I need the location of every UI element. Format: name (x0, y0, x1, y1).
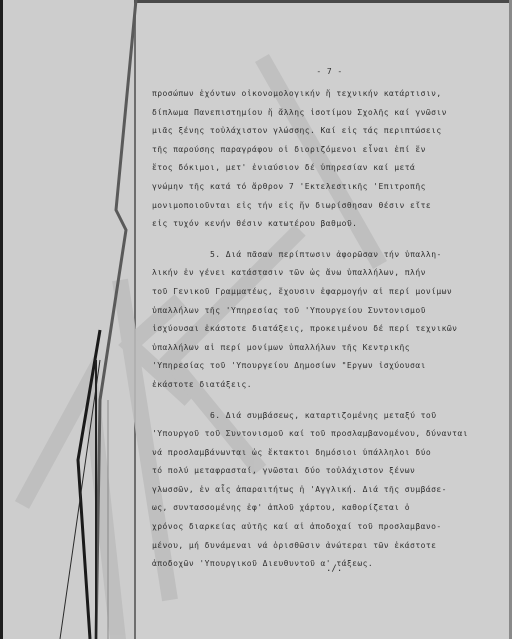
text-line: ὑπαλλήλων τῆς 'Υπηρεσίας τοῦ 'Υπουργείου… (152, 302, 497, 321)
text-line: 5. Διά πᾶσαν περίπτωσιν ἀφορῶσαν τήν ὑπα… (152, 246, 497, 265)
continuation-mark: ./. (326, 564, 342, 574)
text-line: 'Υπουργοῦ τοῦ Συντονισμοῦ καί τοῦ προσλα… (152, 425, 497, 444)
text-line: νά προσλαμβάνωνται ὡς ἔκτακτοι δημόσιοι … (152, 444, 497, 463)
text-line: τῆς παρούσης παραγράφου οἱ διοριζόμενοι … (152, 141, 497, 160)
paragraph-6: 6. Διά συμβάσεως, καταρτιζομένης μεταξύ … (152, 407, 497, 574)
text-line: τοῦ Γενικοῦ Γραμματέως, ἔχουσιν ἐφαρμογή… (152, 283, 497, 302)
paragraph-4-continuation: προσώπων ἐχόντων οἰκονομολογικήν ἤ τεχνι… (152, 85, 497, 234)
text-line: μιᾶς ξένης τοὐλάχιστον γλώσσης. Καί εἰς … (152, 122, 497, 141)
text-line: δίπλωμα Πανεπιστημίου ἤ ἄλλης ἰσοτίμου Σ… (152, 104, 497, 123)
text-line: χρόνος διαρκείας αὐτῆς καί αἱ ἀποδοχαί τ… (152, 518, 497, 537)
page-number: - 7 - (152, 67, 497, 77)
scan-left-border (0, 0, 3, 639)
text-line: μονιμοποιοῦνται εἰς τήν εἰς ἥν διωρίσθησ… (152, 197, 497, 216)
text-line: τό πολύ μεταφρασταί, γνῶσται δύο τοὐλάχι… (152, 462, 497, 481)
text-line: γλωσσῶν, ἐν αἷς ἀπαραιτήτως ἡ 'Αγγλική. … (152, 481, 497, 500)
text-line: ὑπαλλήλων αἱ περί μονίμων ὑπαλλήλων τῆς … (152, 339, 497, 358)
text-line: ἔτος δόκιμοι, μετ' ἐνιαύσιον δέ ὑπηρεσία… (152, 159, 497, 178)
text-line: 6. Διά συμβάσεως, καταρτιζομένης μεταξύ … (152, 407, 497, 426)
text-line: εἰς τυχόν κενήν θέσιν κατωτέρου βαθμοῦ. (152, 215, 497, 234)
text-line: προσώπων ἐχόντων οἰκονομολογικήν ἤ τεχνι… (152, 85, 497, 104)
text-line: ἑκάστοτε διατάξεις. (152, 376, 497, 395)
text-line: ως, συντασσομένης ἐφ' ἁπλοῦ χάρτου, καθο… (152, 499, 497, 518)
text-line: 'Υπηρεσίας τοῦ 'Υπουργείου Δημοσίων "Εργ… (152, 357, 497, 376)
paragraph-5: 5. Διά πᾶσαν περίπτωσιν ἀφορῶσαν τήν ὑπα… (152, 246, 497, 395)
text-line: γνώμην τῆς κατά τό ἄρθρον 7 'Εκτελεστικῆ… (152, 178, 497, 197)
text-line: μένου, μή δυνάμεναι νά ὁρισθῶσιν ἀνώτερα… (152, 537, 497, 556)
text-line: ἀποδοχῶν 'Υπουργικοῦ Διευθυντοῦ α' τάξεω… (152, 555, 497, 574)
document-body: - 7 - προσώπων ἐχόντων οἰκονομολογικήν ἤ… (152, 67, 497, 574)
page-top-edge (134, 0, 512, 3)
text-line: ἰσχύουσαι ἑκάστοτε διατάξεις, προκειμένο… (152, 320, 497, 339)
previous-page-edge (0, 0, 140, 639)
text-line: λικήν ἐν γένει κατάστασιν τῶν ὡς ἄνω ὑπα… (152, 264, 497, 283)
